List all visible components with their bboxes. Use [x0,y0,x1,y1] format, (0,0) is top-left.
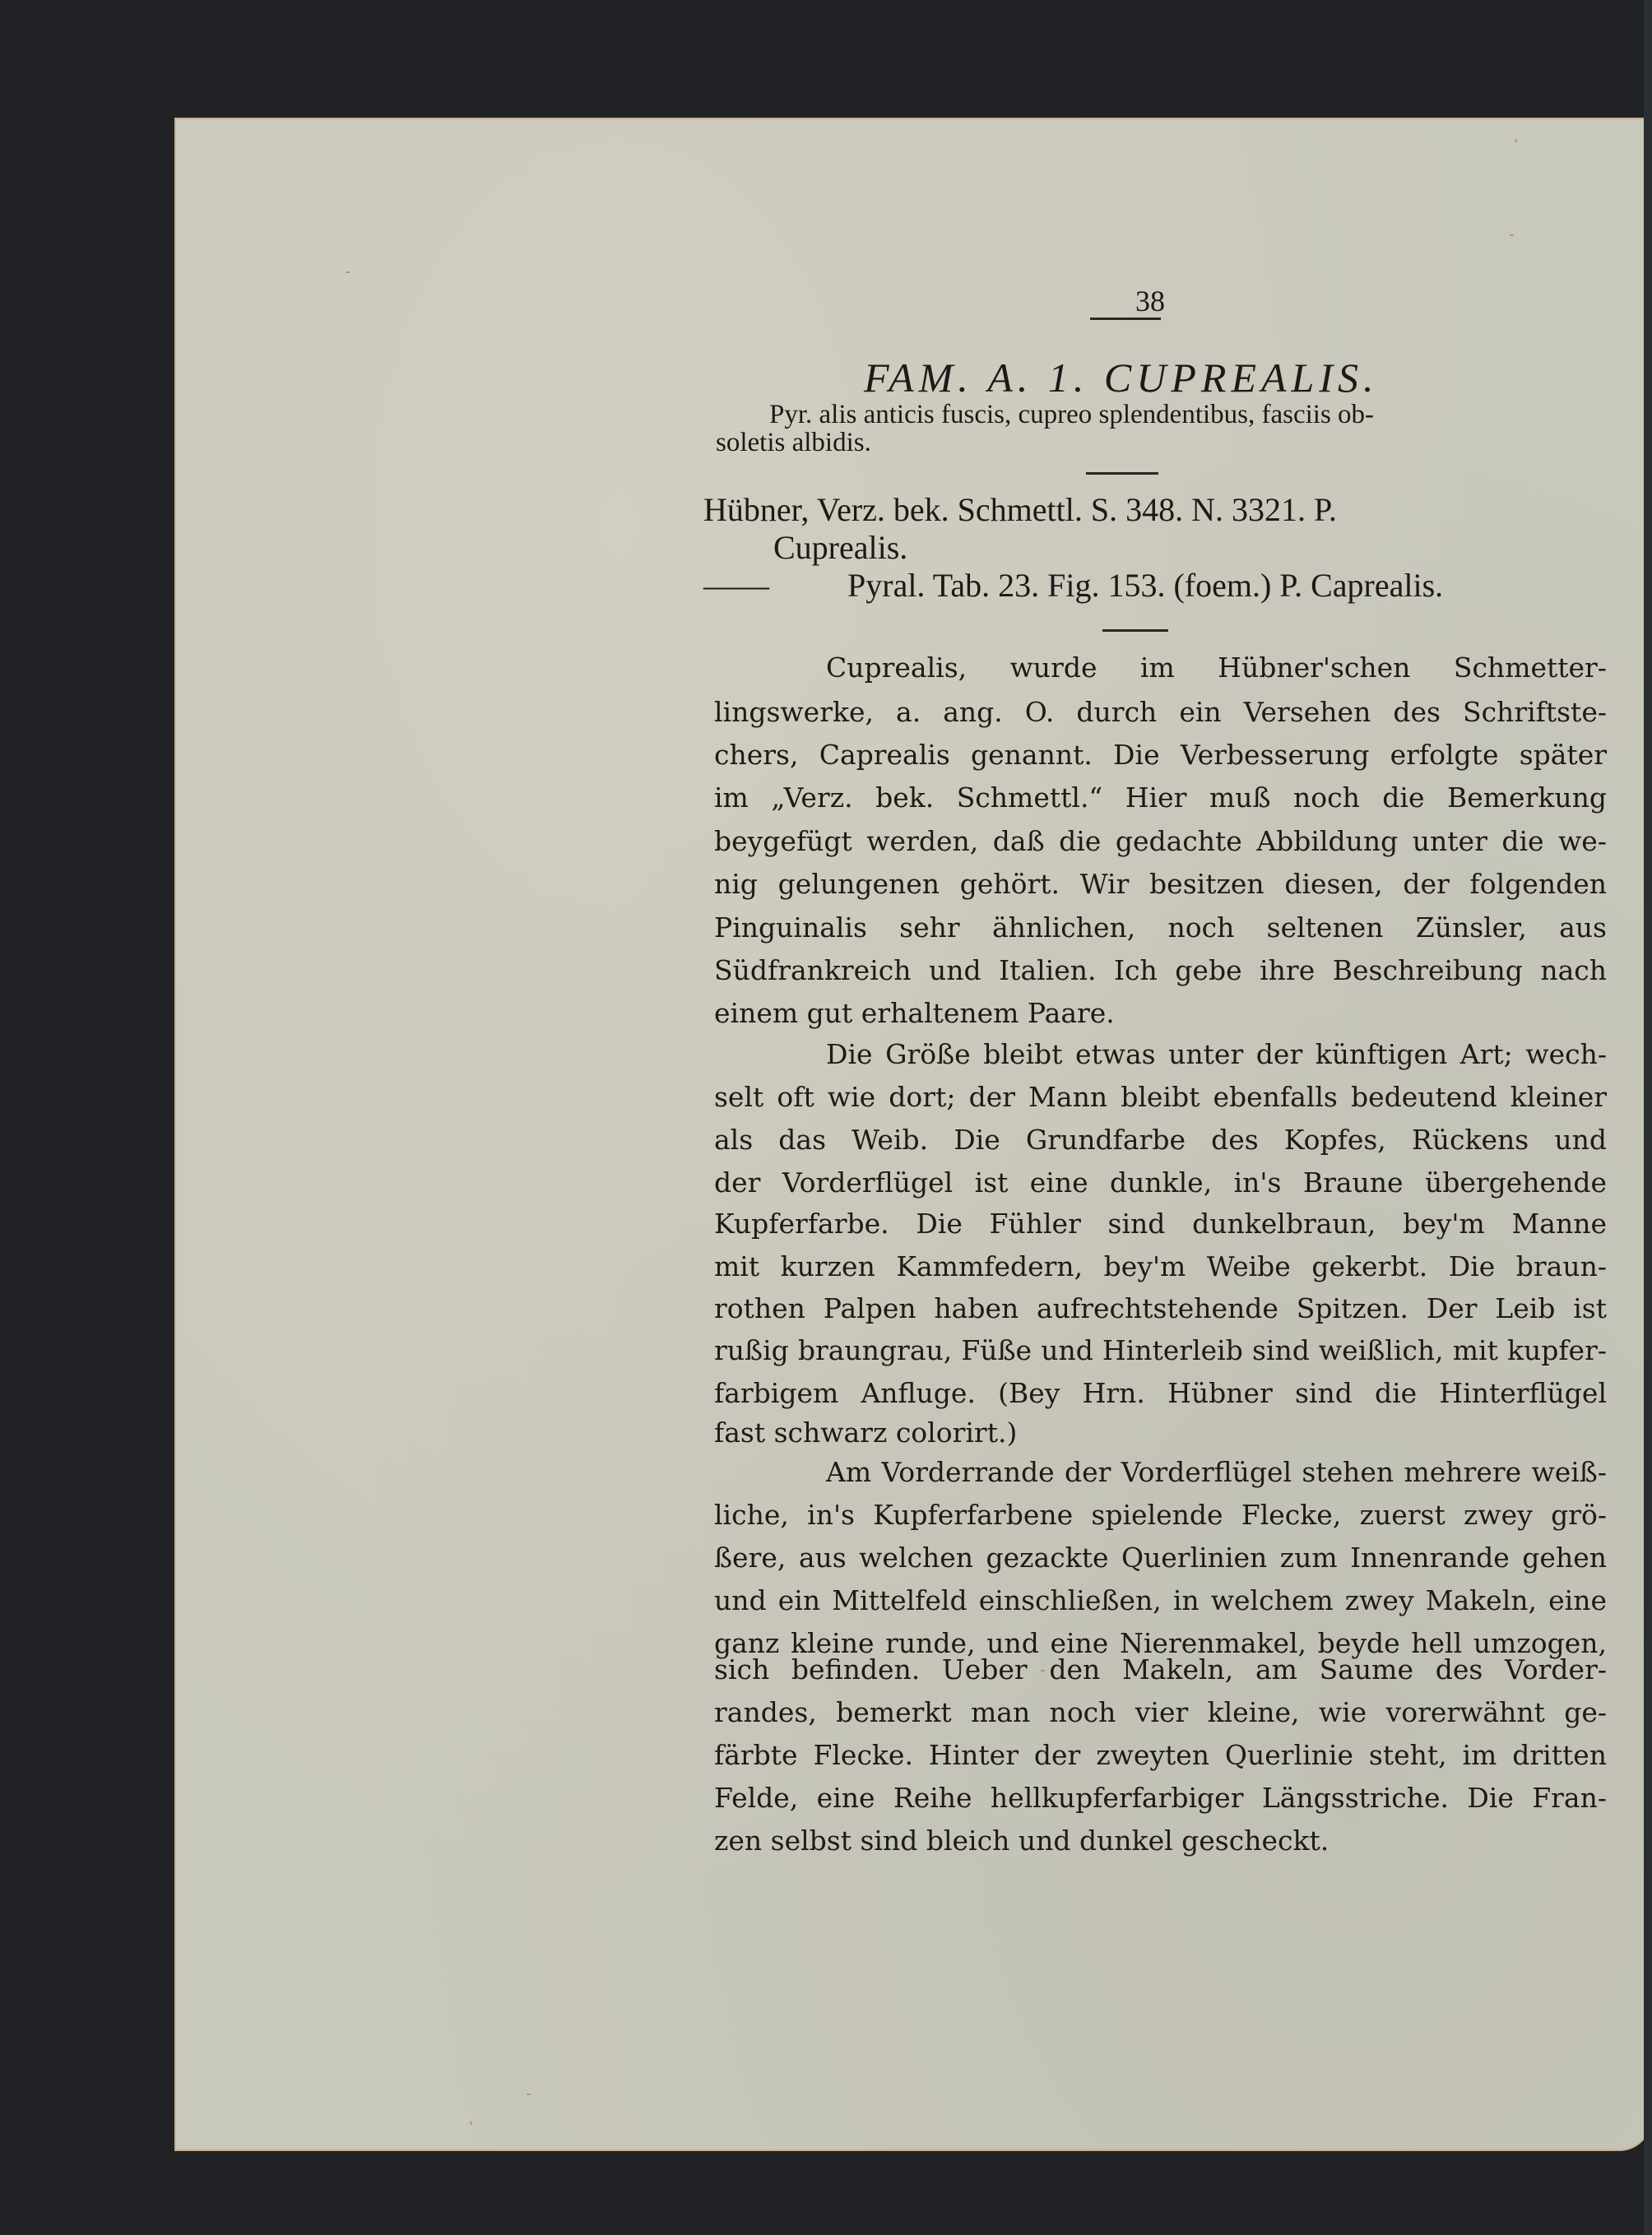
body-line: Felde, eine Reihe hellkupferfarbiger Län… [714,1782,1607,1815]
body-line: zen selbst sind bleich und dunkel gesche… [714,1825,1607,1857]
body-line: liche, in's Kupferfarbene spielende Flec… [714,1499,1607,1532]
body-line: mit kurzen Kammfedern, bey'm Weibe geker… [714,1250,1607,1283]
body-line: Kupferfarbe. Die Fühler sind dunkelbraun… [714,1208,1607,1240]
body-line: beygefügt werden, daß die gedachte Abbil… [714,825,1607,858]
reference-1-line-1: Hübner, Verz. bek. Schmettl. S. 348. N. … [703,492,1337,528]
paper-speck [527,2094,531,2095]
body-line: selt oft wie dort; der Mann bleibt ebenf… [714,1081,1607,1114]
latin-description-line-2: soletis albidis. [716,429,1604,456]
body-line: und ein Mittelfeld einschließen, in welc… [714,1584,1607,1617]
body-line: rothen Palpen haben aufrechtstehende Spi… [714,1292,1607,1325]
body-line: Cuprealis, wurde im Hübner'schen Schmett… [826,651,1607,684]
body-line: randes, bemerkt man noch vier kleine, wi… [714,1696,1607,1729]
body-line: als das Weib. Die Grundfarbe des Kopfes,… [714,1124,1607,1157]
body-line: der Vorderflügel ist eine dunkle, in's B… [714,1166,1607,1199]
separator-rule-2 [1102,629,1168,632]
body-line: fast schwarz colorirt.) [714,1417,1607,1449]
reference-2-dash: —— [703,568,769,604]
paper-speck [1510,234,1514,236]
body-line: Am Vorderrande der Vorderflügel stehen m… [826,1456,1607,1489]
body-line: Pinguinalis sehr ähnlichen, noch seltene… [714,911,1607,944]
body-line: einem gut erhaltenem Paare. [714,997,1607,1030]
reference-2: Pyral. Tab. 23. Fig. 153. (foem.) P. Cap… [847,568,1443,604]
body-line: im „Verz. bek. Schmettl.“ Hier muß noch … [714,781,1607,814]
body-line: farbigem Anfluge. (Bey Hrn. Hübner sind … [714,1377,1607,1410]
body-line: ßere, aus welchen gezackte Querlinien zu… [714,1542,1607,1574]
body-line: Südfrankreich und Italien. Ich gebe ihre… [714,954,1607,987]
body-line: färbte Flecke. Hinter der zweyten Querli… [714,1739,1607,1772]
separator-rule-1 [1086,472,1158,475]
body-line: nig gelungenen gehört. Wir besitzen dies… [714,868,1607,901]
body-line: sich befinden. Ueber den Makeln, am Saum… [714,1653,1607,1686]
paper-speck [346,271,350,273]
section-heading: FAM. A. 1. CUPREALIS. [864,354,1379,401]
latin-description-line-1: Pyr. alis anticis fuscis, cupreo splende… [769,401,1652,428]
reference-1-line-2: Cuprealis. [773,530,907,566]
body-line: chers, Caprealis genannt. Die Verbesseru… [714,739,1607,772]
body-line: rußig braungrau, Füße und Hinterleib sin… [714,1334,1607,1367]
book-spine-edge [1644,0,1652,2235]
body-line: lingswerke, a. ang. O. durch ein Versehe… [714,696,1607,729]
page-number-rule [1090,318,1161,320]
page-number: 38 [1135,284,1165,318]
body-line: Die Größe bleibt etwas unter der künftig… [826,1038,1607,1071]
